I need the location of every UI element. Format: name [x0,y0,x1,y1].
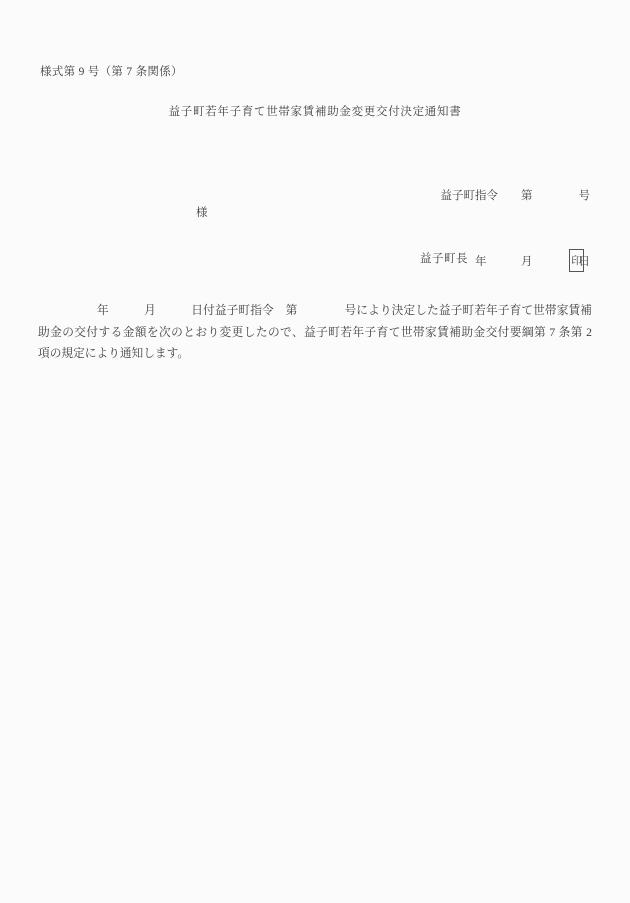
issuer-title: 益子町長 [420,250,468,266]
directive-number-line: 益子町指令 第 号 [441,185,591,207]
body-paragraph: 年 月 日付益子町指令 第 号により決定した益子町若年子育て世帯家賃補 助金の交… [38,300,592,365]
document-page: 様式第 9 号（第 7 条関係） 益子町若年子育て世帯家賃補助金変更交付決定通知… [0,0,630,903]
body-line-2: 助金の交付する金額を次のとおり変更したので、益子町若年子育て世帯家賃補助金交付要… [38,322,592,344]
directive-block: 益子町指令 第 号 年 月 日 [441,141,591,317]
body-line-1: 年 月 日付益子町指令 第 号により決定した益子町若年子育て世帯家賃補 [38,300,592,322]
addressee-honorific: 様 [196,204,208,220]
form-number: 様式第 9 号（第 7 条関係） [40,63,183,79]
seal-label: 印 [571,253,582,268]
body-line-3: 項の規定により通知します。 [38,343,592,365]
seal-box: 印 [569,249,584,272]
document-title: 益子町若年子育て世帯家賃補助金変更交付決定通知書 [0,103,630,119]
